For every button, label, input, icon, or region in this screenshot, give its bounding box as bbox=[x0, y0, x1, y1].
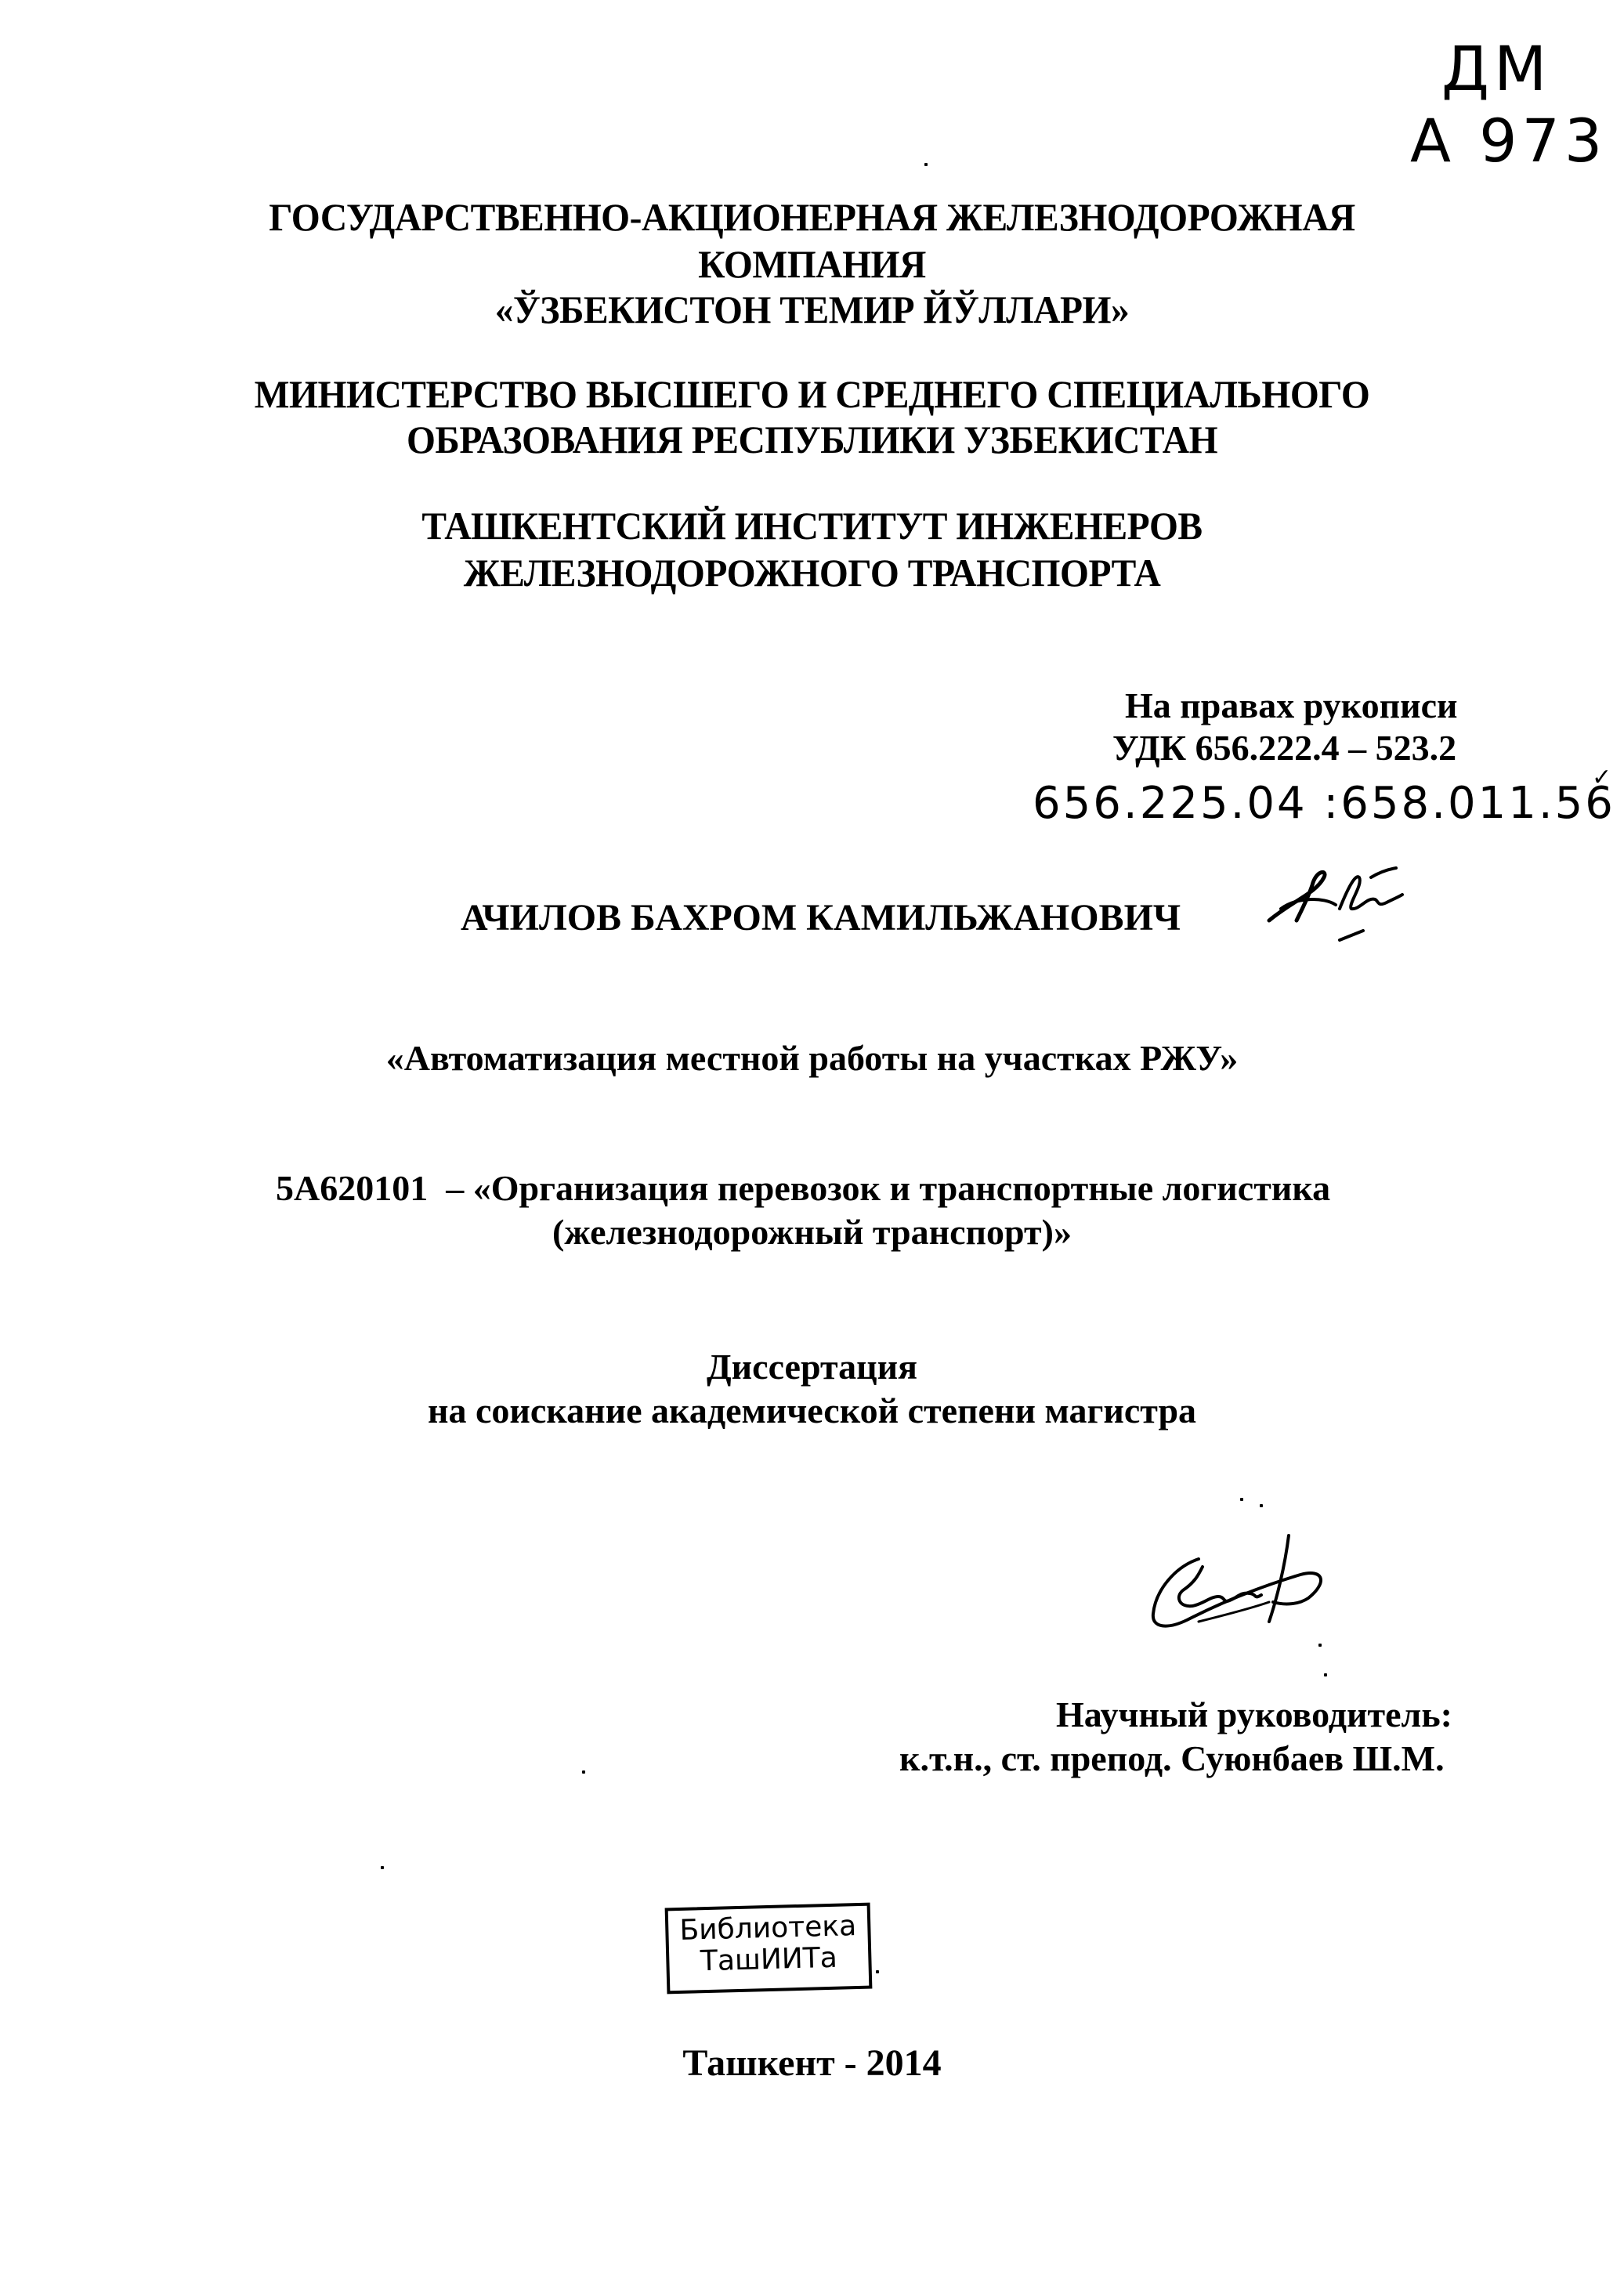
specialty-line-1: 5А620101 – «Организация перевозок и тран… bbox=[276, 1170, 1330, 1206]
manuscript-rights: На правах рукописи bbox=[1125, 688, 1458, 724]
check-mark: ✓ bbox=[1592, 766, 1611, 790]
scan-speck bbox=[876, 1970, 879, 1973]
scan-speck bbox=[381, 1866, 384, 1869]
author-signature bbox=[1261, 854, 1418, 948]
corner-handwritten-note: ДМ А 973 bbox=[1441, 39, 1607, 171]
degree-line: на соискание академической степени магис… bbox=[0, 1393, 1624, 1429]
corner-note-line1: ДМ bbox=[1441, 39, 1607, 100]
company-line-2: КОМПАНИЯ bbox=[41, 244, 1583, 284]
ministry-line-2: ОБРАЗОВАНИЯ РЕСПУБЛИКИ УЗБЕКИСТАН bbox=[41, 420, 1583, 459]
company-line-3: «ЎЗБЕКИСТОН ТЕМИР ЙЎЛЛАРИ» bbox=[41, 290, 1583, 329]
document-type: Диссертация bbox=[0, 1349, 1624, 1385]
author-name: АЧИЛОВ БАХРОМ КАМИЛЬЖАНОВИЧ bbox=[461, 899, 1181, 937]
library-stamp: Библиотека ТашИИТа bbox=[665, 1903, 873, 1995]
supervisor-label: Научный руководитель: bbox=[1056, 1697, 1452, 1733]
scan-speck bbox=[1318, 1644, 1322, 1647]
udc-code: УДК 656.222.4 – 523.2 bbox=[1112, 730, 1456, 766]
scan-speck bbox=[1240, 1498, 1243, 1501]
thesis-title: «Автоматизация местной работы на участка… bbox=[0, 1040, 1624, 1076]
dissertation-title-page: ДМ А 973 ГОСУДАРСТВЕННО-АКЦИОНЕРНАЯ ЖЕЛЕ… bbox=[0, 0, 1624, 2293]
institute-line-2: ЖЕЛЕЗНОДОРОЖНОГО ТРАНСПОРТА bbox=[41, 553, 1583, 592]
institute-line-1: ТАШКЕНТСКИЙ ИНСТИТУТ ИНЖЕНЕРОВ bbox=[41, 506, 1583, 545]
stamp-line-2: ТашИИТа bbox=[669, 1941, 869, 1977]
ministry-line-1: МИНИСТЕРСТВО ВЫСШЕГО И СРЕДНЕГО СПЕЦИАЛЬ… bbox=[41, 374, 1583, 414]
scan-speck bbox=[924, 163, 928, 166]
specialty-line-2: (железнодорожный транспорт)» bbox=[0, 1214, 1624, 1250]
handwritten-udc: 656.225.04 :658.011.56 bbox=[1033, 782, 1615, 826]
corner-note-line2: А 973 bbox=[1410, 111, 1607, 171]
supervisor-name: к.т.н., ст. препод. Суюнбаев Ш.М. bbox=[899, 1741, 1445, 1777]
supervisor-signature bbox=[1144, 1535, 1332, 1645]
city-year: Ташкент - 2014 bbox=[0, 2045, 1624, 2082]
scan-speck bbox=[1324, 1673, 1327, 1676]
scan-speck bbox=[582, 1770, 585, 1774]
stamp-line-1: Библиотека bbox=[668, 1911, 868, 1947]
company-line-1: ГОСУДАРСТВЕННО-АКЦИОНЕРНАЯ ЖЕЛЕЗНОДОРОЖН… bbox=[41, 197, 1583, 237]
scan-speck bbox=[1260, 1504, 1263, 1507]
